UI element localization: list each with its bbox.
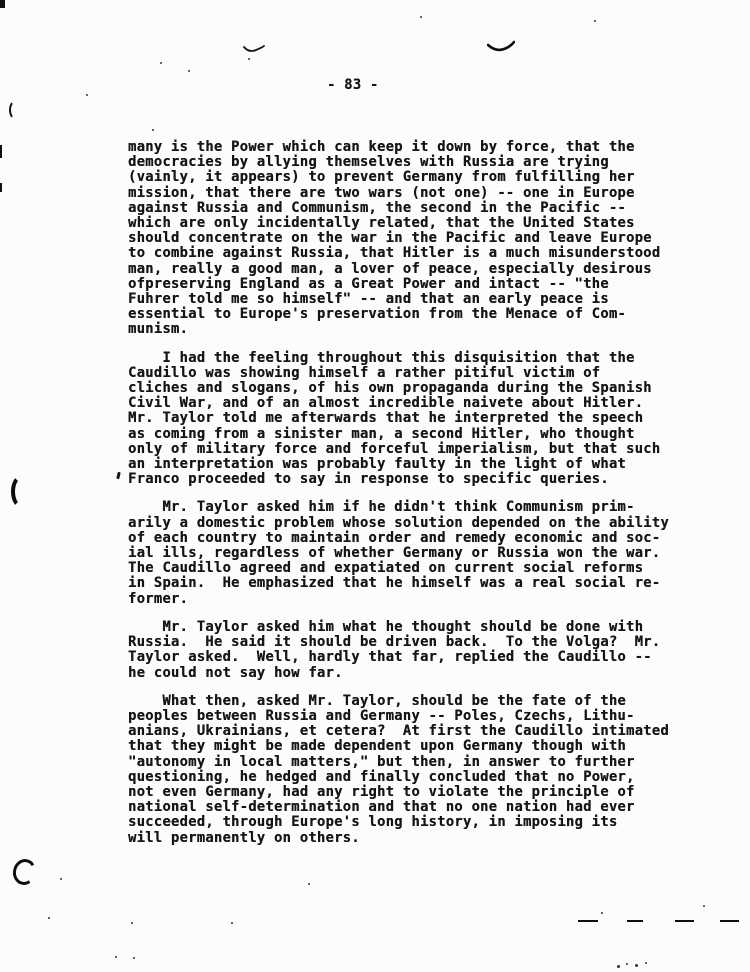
- scan-speck: [617, 965, 620, 968]
- paragraph-3: Mr. Taylor asked him if he didn't think …: [128, 500, 688, 606]
- scan-speck: [160, 62, 162, 64]
- handwritten-swoosh-mark: [243, 44, 265, 54]
- scan-speck: [60, 878, 62, 880]
- paragraph-1: many is the Power which can keep it down…: [128, 140, 688, 338]
- handwritten-swoosh-mark: [487, 40, 515, 53]
- scan-dash-mark: [720, 920, 739, 922]
- scan-edge-tick: [0, 183, 2, 192]
- page-number: - 83 -: [327, 77, 379, 93]
- scan-speck: [626, 963, 628, 965]
- stray-paren-mark: [9, 100, 23, 120]
- scan-corner-notch: [0, 0, 5, 8]
- scan-speck: [133, 957, 135, 959]
- stray-paren-mark: [11, 474, 34, 509]
- scan-speck: [601, 912, 603, 914]
- scan-dash-mark: [675, 920, 694, 922]
- typewritten-text-block: many is the Power which can keep it down…: [128, 140, 688, 859]
- scan-speck: [131, 922, 133, 924]
- scan-speck: [248, 58, 250, 60]
- stray-apostrophe-mark: [116, 472, 121, 480]
- paragraph-5: What then, asked Mr. Taylor, should be t…: [128, 694, 688, 846]
- scan-speck: [308, 883, 310, 885]
- scan-speck: [594, 20, 596, 22]
- scan-dash-mark: [578, 920, 598, 922]
- scan-speck: [645, 962, 647, 964]
- scan-speck: [231, 922, 233, 924]
- paragraph-4: Mr. Taylor asked him what he thought sho…: [128, 620, 688, 681]
- scan-speck: [115, 956, 117, 958]
- scan-speck: [48, 917, 50, 919]
- scan-speck: [420, 16, 422, 18]
- scan-dash-mark: [627, 920, 643, 922]
- paragraph-2: I had the feeling throughout this disqui…: [128, 351, 688, 488]
- scan-speck: [86, 94, 88, 96]
- scan-speck: [188, 70, 190, 72]
- stray-circle-mark: [11, 857, 39, 887]
- scan-speck: [635, 964, 638, 967]
- scanned-document-page: - 83 - many is the Power which can keep …: [0, 0, 750, 972]
- scan-edge-tick: [0, 145, 2, 158]
- scan-speck: [703, 905, 705, 907]
- scan-speck: [152, 129, 154, 131]
